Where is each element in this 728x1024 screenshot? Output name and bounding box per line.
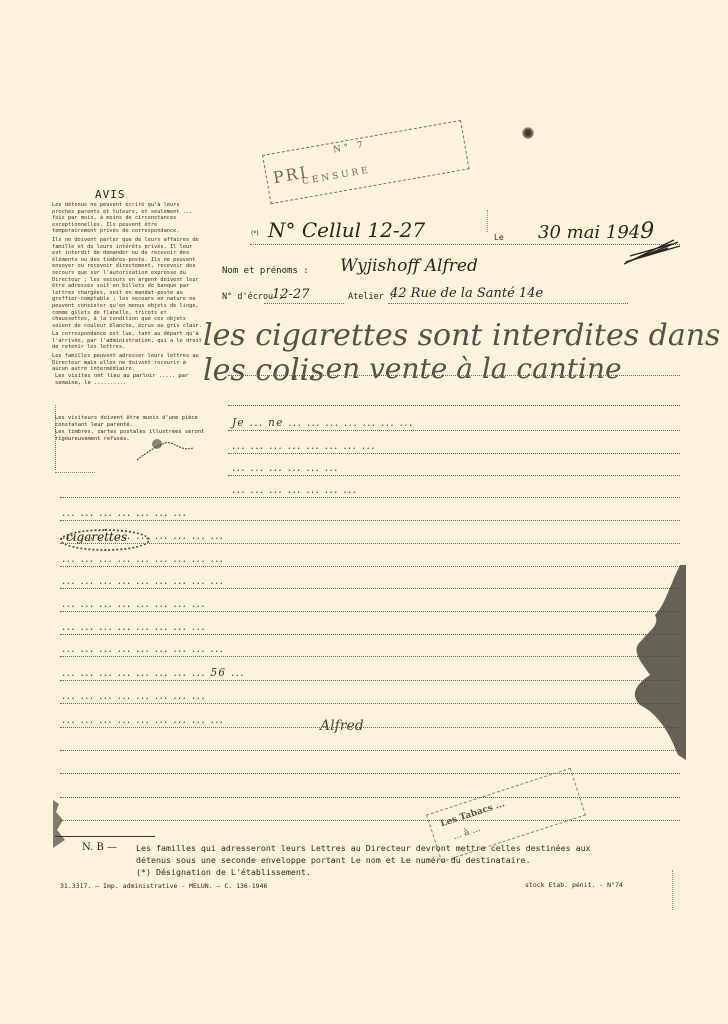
- name-label: Nom et prénoms :: [222, 266, 309, 276]
- ruled-line: [60, 656, 680, 657]
- ruled-line: [60, 703, 680, 704]
- footer-rule: [55, 836, 155, 837]
- ruled-line: [60, 520, 680, 521]
- visitors-text: Les visiteurs doivent être munis d'une p…: [55, 415, 205, 429]
- ruled-line: [60, 820, 680, 821]
- stamp-text: N° 7: [332, 140, 366, 156]
- avis-paragraph: Les familles peuvent adresser leurs lett…: [52, 353, 204, 373]
- atelier-value: 42 Rue de la Santé 14e: [390, 286, 543, 301]
- nb-line: (*) Désignation de L'établissement.: [136, 866, 696, 878]
- dotted-divider: [55, 472, 95, 473]
- letter-line: ... ... ... ... ... ... ... ...: [232, 438, 376, 452]
- letter-line: ... ... ... ... ... ... ... ... ...: [62, 712, 224, 726]
- letter-line: ... ... ... ... ... ... ... ...: [62, 688, 206, 702]
- letter-line: ... ... ... ... ... ... ... ... ...: [62, 573, 224, 587]
- ruled-line: [60, 797, 680, 798]
- circled-word: cigarettes: [66, 530, 127, 544]
- ink-scribble-icon: [135, 438, 195, 463]
- ruled-line: [60, 750, 680, 751]
- nb-label: N. B —: [82, 842, 117, 853]
- cell-value: N° Cellul 12-27: [268, 218, 425, 242]
- nb-line: Les familles qui adresseront leurs Lettr…: [136, 842, 696, 854]
- torn-edge-shadow: [620, 565, 688, 765]
- ruled-line: [60, 497, 680, 498]
- ruled-line: [228, 453, 680, 454]
- nb-text: Les familles qui adresseront leurs Lettr…: [136, 842, 696, 878]
- letter-line: Je ... ne ... ... ... ... ... ... ...: [232, 415, 414, 429]
- cell-note: (*): [251, 230, 259, 237]
- name-value: Wyjishoff Alfred: [340, 256, 478, 276]
- ruled-line: [228, 475, 680, 476]
- letter-line: ... ... ... ... ... ... ...: [62, 505, 187, 519]
- censor-stamp: PRI N° 7 CENSURE: [262, 120, 470, 204]
- ruled-line: [228, 375, 680, 376]
- dotted-divider: [672, 870, 673, 910]
- avis-paragraph: Les détenus ne peuvent écrire qu'à leurs…: [52, 202, 204, 235]
- letter-line: ... ... ... ... ... ... ... ... 56 ...: [62, 665, 245, 679]
- date-label: Le: [494, 233, 504, 242]
- stamp-text: CENSURE: [302, 165, 372, 187]
- ecrou-line: [264, 303, 344, 304]
- ink-blot: [522, 127, 534, 139]
- nb-line: détenus sous une seconde enveloppe porta…: [136, 854, 696, 866]
- ruled-line: [60, 566, 680, 567]
- ruled-line: [228, 430, 680, 431]
- ruled-line: [60, 773, 680, 774]
- censor-note-line2: ... en vente à la cantine: [290, 352, 622, 385]
- printer-imprint: 31.3317. — Imp. administrative - MELUN. …: [60, 882, 267, 890]
- ruled-line: [60, 588, 680, 589]
- visits-note: Les visites ont lieu au parloir ..... pa…: [55, 373, 205, 387]
- letter-line: ... ... ... ... ... ... ... ...: [62, 619, 206, 633]
- avis-body: Les détenus ne peuvent écrire qu'à leurs…: [52, 202, 204, 375]
- ruled-line: [60, 680, 680, 681]
- atelier-line: [388, 303, 628, 304]
- letter-line: ... ... ... ... ... ... ... ...: [62, 596, 206, 610]
- letter-line: ... ... ... ... ... ... ... ... ...: [62, 641, 224, 655]
- avis-paragraph: La correspondance est lue, tant au dépar…: [52, 331, 204, 351]
- ecrou-value: 12-27: [272, 287, 309, 302]
- letter-line: ... ... ... ... ... ... ... ... ...: [62, 551, 224, 565]
- stock-number: stock Etab. pénit. - N°74: [525, 881, 623, 889]
- torn-edge-shadow: [53, 800, 67, 848]
- avis-title: AVIS: [95, 188, 126, 201]
- stamp-text: ... à ...: [452, 824, 482, 842]
- letter-line: ... ... ... ... ... ... ...: [232, 482, 357, 496]
- avis-paragraph: Ils ne doivent parler que de leurs affai…: [52, 237, 204, 329]
- atelier-label: Atelier :: [348, 292, 394, 302]
- ruled-line: [60, 727, 680, 728]
- letter-line: ... ... ... ... ... ...: [232, 460, 339, 474]
- ruled-line: [60, 634, 680, 635]
- ruled-line: [228, 405, 680, 406]
- scribble-icon: [622, 236, 682, 266]
- ruled-line: [60, 611, 680, 612]
- signature: Alfred: [320, 718, 364, 734]
- ruled-line: [60, 543, 680, 544]
